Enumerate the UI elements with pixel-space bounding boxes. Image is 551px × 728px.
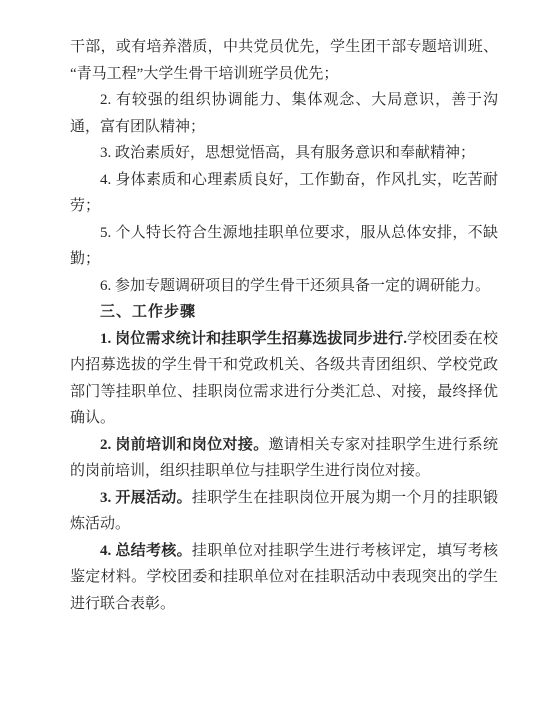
step-item-1: 1. 岗位需求统计和挂职学生招募选拔同步进行.学校团委在校内招募选拔的学生骨干和…	[70, 326, 498, 432]
paragraph-text: 3. 政治素质好，思想觉悟高，具有服务意识和奉献精神；	[100, 145, 475, 161]
document-content: 干部，或有培养潜质，中共党员优先，学生团干部专题培训班、“青马工程”大学生骨干培…	[70, 34, 498, 617]
step-item-3: 3. 开展活动。挂职学生在挂职岗位开展为期一个月的挂职锻炼活动。	[70, 485, 498, 538]
paragraph-continuation: 干部，或有培养潜质，中共党员优先，学生团干部专题培训班、“青马工程”大学生骨干培…	[70, 34, 498, 87]
step-item-2: 2. 岗前培训和岗位对接。邀请相关专家对挂职学生进行系统的岗前培训，组织挂职单位…	[70, 432, 498, 485]
section-heading-work-steps: 三、工作步骤	[70, 299, 498, 326]
paragraph-text: 5. 个人特长符合生源地挂职单位要求，服从总体安排，不缺勤；	[70, 225, 498, 268]
paragraph-text: 4. 身体素质和心理素质良好，工作勤奋，作风扎实，吃苦耐劳；	[70, 172, 498, 215]
document-page: 干部，或有培养潜质，中共党员优先，学生团干部专题培训班、“青马工程”大学生骨干培…	[0, 0, 551, 728]
step-lead: 4. 总结考核。	[100, 543, 192, 559]
paragraph-text: 2. 有较强的组织协调能力、集体观念、大局意识，善于沟通，富有团队精神；	[70, 92, 498, 135]
section-heading-text: 三、工作步骤	[100, 304, 196, 320]
requirement-item-6: 6. 参加专题调研项目的学生骨干还须具备一定的调研能力。	[70, 273, 498, 300]
step-item-4: 4. 总结考核。挂职单位对挂职学生进行考核评定，填写考核鉴定材料。学校团委和挂职…	[70, 538, 498, 618]
requirement-item-5: 5. 个人特长符合生源地挂职单位要求，服从总体安排，不缺勤；	[70, 220, 498, 273]
requirement-item-3: 3. 政治素质好，思想觉悟高，具有服务意识和奉献精神；	[70, 140, 498, 167]
step-lead: 2. 岗前培训和岗位对接。	[100, 437, 269, 453]
requirement-item-4: 4. 身体素质和心理素质良好，工作勤奋，作风扎实，吃苦耐劳；	[70, 167, 498, 220]
paragraph-text: 干部，或有培养潜质，中共党员优先，学生团干部专题培训班、“青马工程”大学生骨干培…	[70, 39, 498, 82]
paragraph-text: 6. 参加专题调研项目的学生骨干还须具备一定的调研能力。	[100, 278, 490, 294]
step-lead: 1. 岗位需求统计和挂职学生招募选拔同步进行.	[100, 331, 407, 347]
step-lead: 3. 开展活动。	[100, 490, 192, 506]
requirement-item-2: 2. 有较强的组织协调能力、集体观念、大局意识，善于沟通，富有团队精神；	[70, 87, 498, 140]
